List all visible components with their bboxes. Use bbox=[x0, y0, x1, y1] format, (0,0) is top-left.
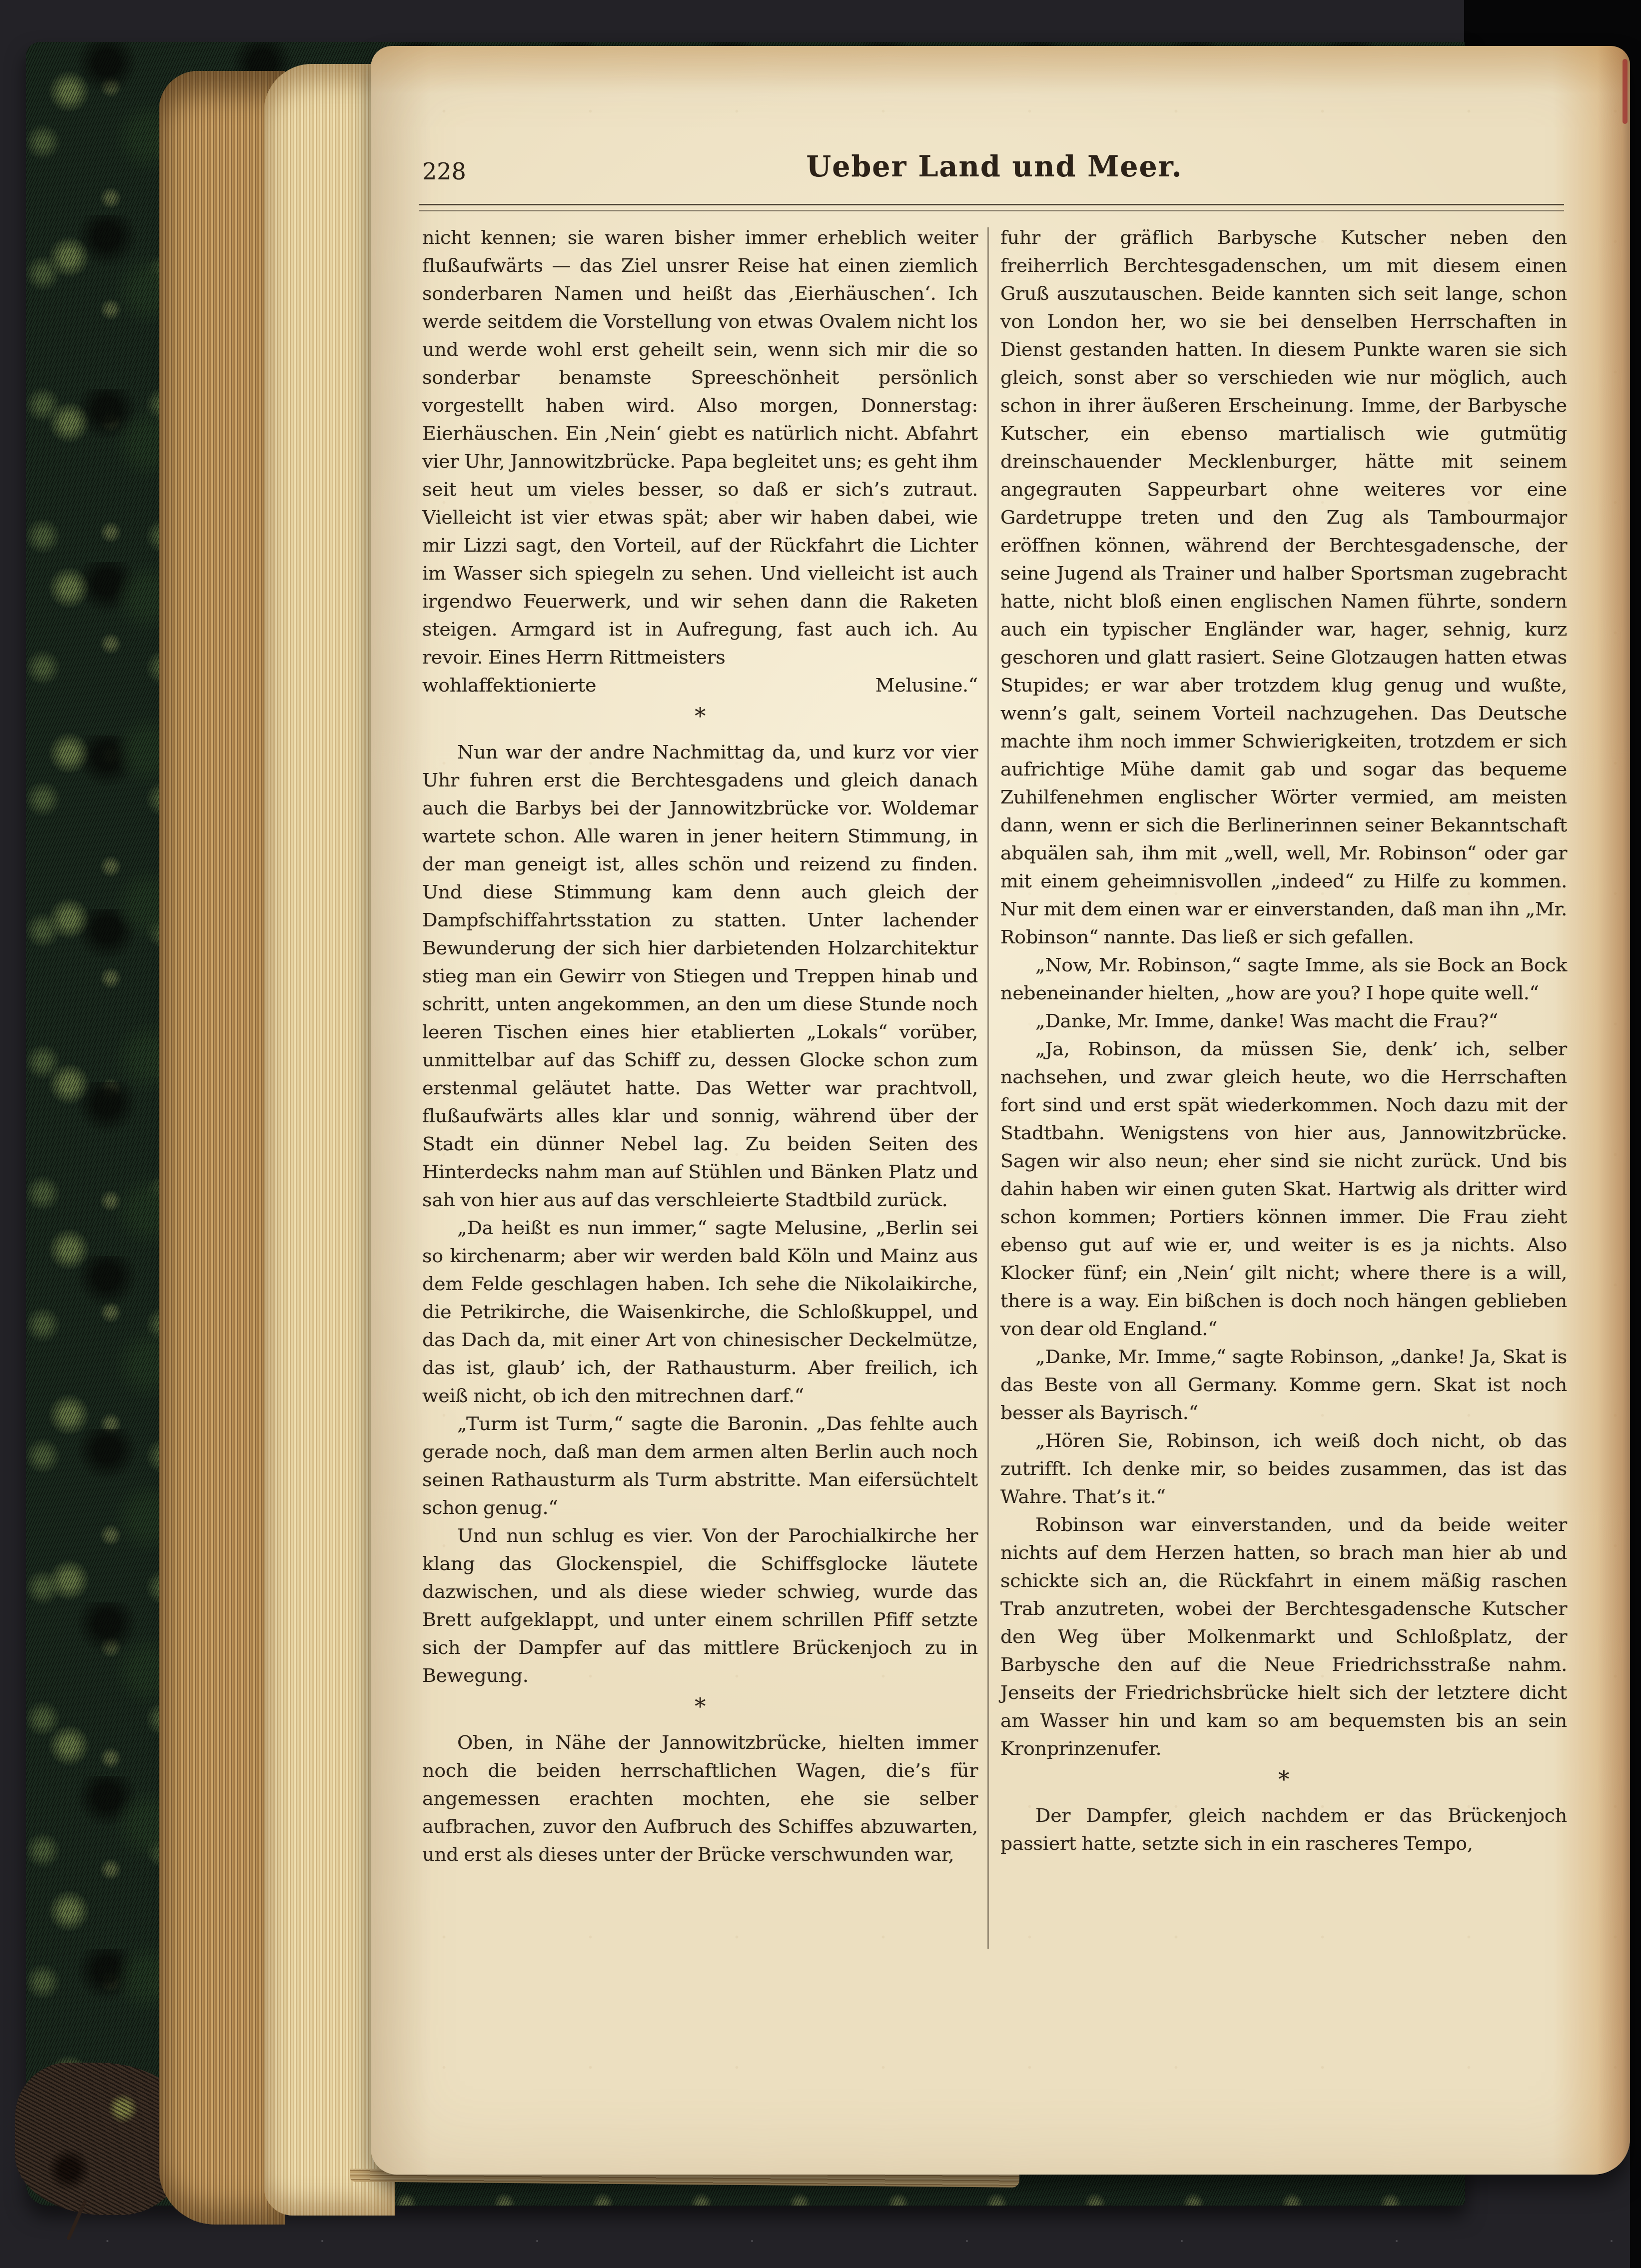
red-page-edge-mark bbox=[1623, 59, 1628, 124]
paragraph: nicht kennen; sie waren bisher immer erh… bbox=[422, 223, 978, 671]
letter-signature-line: wohlaffektionierte Melusine.“ bbox=[422, 671, 978, 699]
text-column-left: nicht kennen; sie waren bisher immer erh… bbox=[422, 223, 978, 1868]
text-column-right: fuhr der gräflich Barbysche Kutscher neb… bbox=[1000, 223, 1567, 1857]
scan-background: { "document": { "page_number": "228", "m… bbox=[0, 0, 1641, 2268]
paragraph: fuhr der gräflich Barbysche Kutscher neb… bbox=[1000, 223, 1567, 951]
paragraph: „Da heißt es nun immer,“ sagte Melusine,… bbox=[422, 1214, 978, 1410]
section-separator: * bbox=[422, 703, 978, 731]
paragraph: Der Dampfer, gleich nachdem er das Brück… bbox=[1000, 1801, 1567, 1857]
signature-name: Melusine.“ bbox=[875, 671, 978, 699]
paragraph: „Now, Mr. Robinson,“ sagte Imme, als sie… bbox=[1000, 951, 1567, 1007]
paragraph: Und nun schlug es vier. Von der Parochia… bbox=[422, 1521, 978, 1689]
signature-left-text: wohlaffektionierte bbox=[422, 671, 596, 699]
section-separator: * bbox=[1000, 1766, 1567, 1794]
paragraph: Oben, in Nähe der Jannowitzbrücke, hielt… bbox=[422, 1728, 978, 1868]
paragraph: Nun war der andre Nachmittag da, und kur… bbox=[422, 738, 978, 1214]
paragraph: „Danke, Mr. Imme,“ sagte Robinson, „dank… bbox=[1000, 1343, 1567, 1427]
section-separator: * bbox=[422, 1693, 978, 1721]
paragraph: „Hören Sie, Robinson, ich weiß doch nich… bbox=[1000, 1427, 1567, 1511]
column-divider-rule bbox=[987, 227, 989, 1949]
paragraph: Robinson war einverstanden, und da beide… bbox=[1000, 1511, 1567, 1762]
header-double-rule bbox=[419, 204, 1564, 211]
paragraph: „Danke, Mr. Imme, danke! Was macht die F… bbox=[1000, 1007, 1567, 1035]
journal-masthead: Ueber Land und Meer. bbox=[422, 150, 1567, 183]
scan-bed-right-strip bbox=[1630, 0, 1641, 2268]
paragraph: „Turm ist Turm,“ sagte die Baronin. „Das… bbox=[422, 1410, 978, 1521]
paragraph: „Ja, Robinson, da müssen Sie, denk’ ich,… bbox=[1000, 1035, 1567, 1343]
